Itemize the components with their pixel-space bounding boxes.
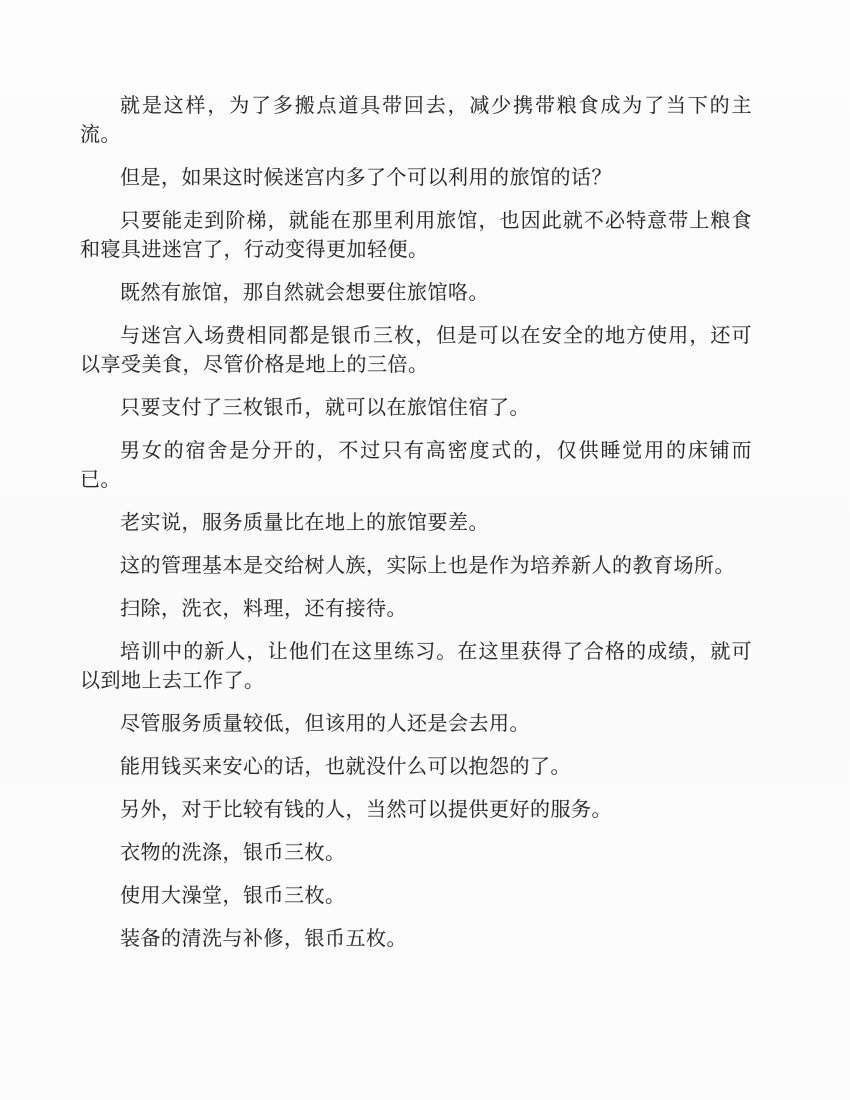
paragraph: 尽管服务质量较低，但该用的人还是会去用。 xyxy=(80,710,752,739)
paragraph: 衣物的洗涤，银币三枚。 xyxy=(80,839,752,868)
paragraph: 使用大澡堂，银币三枚。 xyxy=(80,882,752,911)
paragraph: 装备的清洗与补修，银币五枚。 xyxy=(80,925,752,954)
paragraph: 这的管理基本是交给树人族，实际上也是作为培养新人的教育场所。 xyxy=(80,552,752,581)
paragraph: 只要支付了三枚银币，就可以在旅馆住宿了。 xyxy=(80,394,752,423)
paragraph: 扫除，洗衣，料理，还有接待。 xyxy=(80,595,752,624)
paragraph: 培训中的新人，让他们在这里练习。在这里获得了合格的成绩，就可以到地上去工作了。 xyxy=(80,638,752,696)
book-page: 就是这样，为了多搬点道具带回去，减少携带粮食成为了当下的主流。 但是，如果这时候… xyxy=(0,0,850,1100)
paragraph: 与迷宫入场费相同都是银币三枚，但是可以在安全的地方使用，还可以享受美食，尽管价格… xyxy=(80,322,752,380)
paragraph: 能用钱买来安心的话，也就没什么可以抱怨的了。 xyxy=(80,753,752,782)
paragraph: 只要能走到阶梯，就能在那里利用旅馆，也因此就不必特意带上粮食和寝具进迷宫了，行动… xyxy=(80,207,752,265)
page-text: 就是这样，为了多搬点道具带回去，减少携带粮食成为了当下的主流。 但是，如果这时候… xyxy=(80,92,752,968)
paragraph: 男女的宿舍是分开的，不过只有高密度式的，仅供睡觉用的床铺而已。 xyxy=(80,437,752,495)
paragraph: 就是这样，为了多搬点道具带回去，减少携带粮食成为了当下的主流。 xyxy=(80,92,752,150)
paragraph: 另外，对于比较有钱的人，当然可以提供更好的服务。 xyxy=(80,796,752,825)
paragraph: 但是，如果这时候迷宫内多了个可以利用的旅馆的话？ xyxy=(80,164,752,193)
paragraph: 老实说，服务质量比在地上的旅馆要差。 xyxy=(80,509,752,538)
paragraph: 既然有旅馆，那自然就会想要住旅馆咯。 xyxy=(80,279,752,308)
